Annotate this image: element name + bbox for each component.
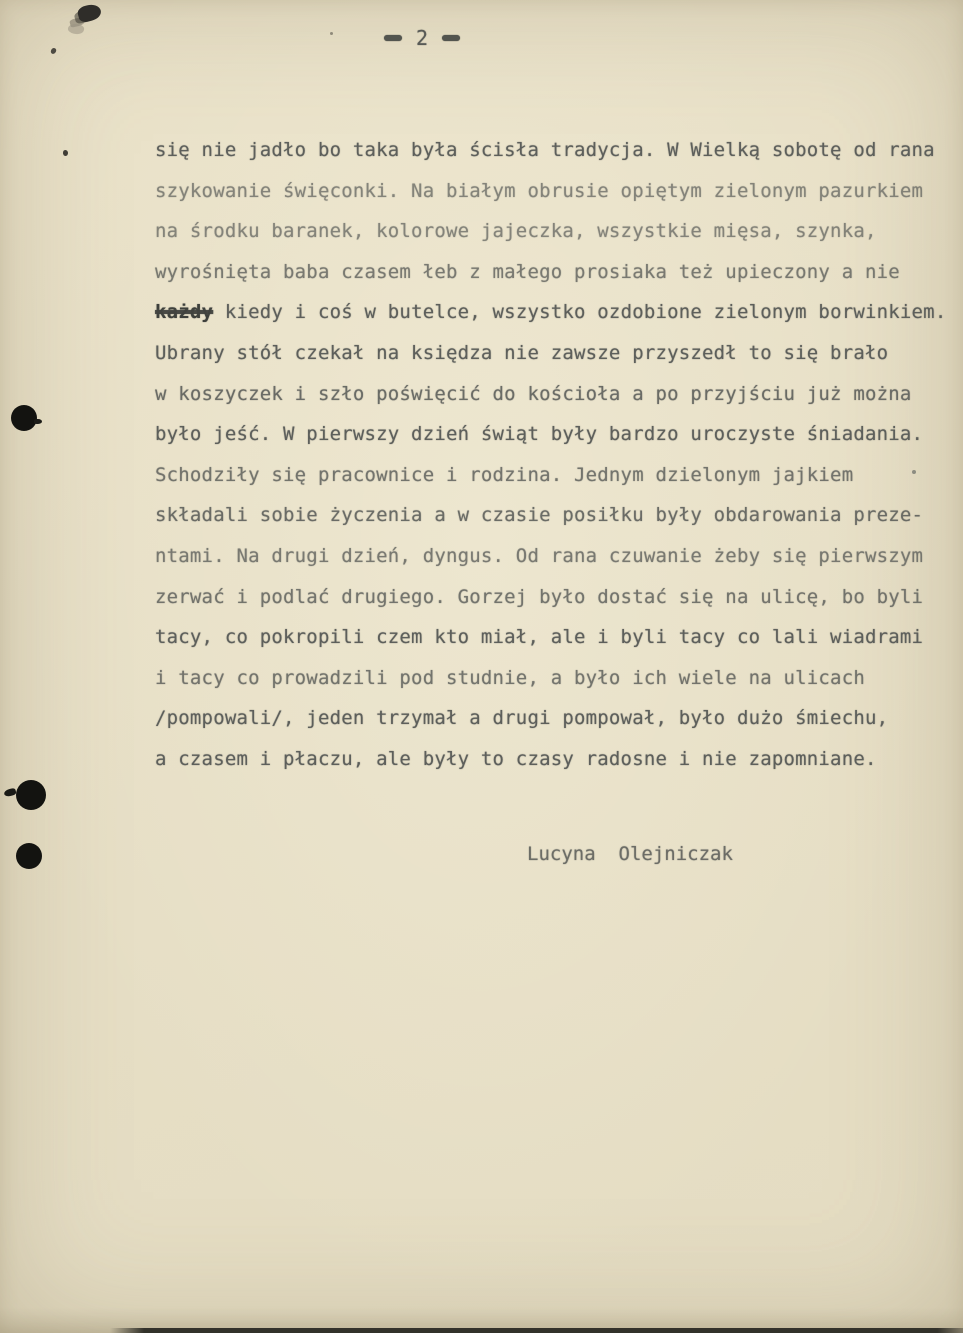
hole-punch-smudge [34, 419, 42, 424]
typed-line: Ubrany stół czekał na księdza nie zawsze… [155, 333, 950, 374]
typed-line: a czasem i płaczu, ale były to czasy rad… [155, 739, 950, 780]
signature: Lucyna Olejniczak [527, 843, 733, 865]
struck-word: każdy [155, 301, 213, 323]
typed-line-text: ntami. Na drugi dzień, dyngus. Od rana c… [155, 545, 923, 567]
typed-line: było jeść. W pierwszy dzień świąt były b… [155, 414, 950, 455]
typed-line-text: na środku baranek, kolorowe jajeczka, ws… [155, 220, 877, 242]
hole-punch [16, 780, 46, 810]
hole-punch [11, 405, 37, 431]
scan-bottom-edge [110, 1328, 963, 1333]
typed-line-text: było jeść. W pierwszy dzień świąt były b… [155, 423, 923, 445]
typed-lines: się nie jadło bo taka była ścisła tradyc… [155, 130, 950, 780]
ink-speck [63, 150, 68, 156]
hole-punch-smudge [3, 788, 16, 798]
typed-line: Schodziły się pracownice i rodzina. Jedn… [155, 455, 950, 496]
typed-line-text: zerwać i podlać drugiego. Gorzej było do… [155, 586, 923, 608]
typed-line-text: Ubrany stół czekał na księdza nie zawsze… [155, 342, 888, 364]
typed-line: się nie jadło bo taka była ścisła tradyc… [155, 130, 950, 171]
typed-line: wyrośnięta baba czasem łeb z małego pros… [155, 252, 950, 293]
typed-line-text: /pompowali/, jeden trzymał a drugi pompo… [155, 707, 888, 729]
typed-line-text: i tacy co prowadzili pod studnie, a było… [155, 667, 865, 689]
typed-line: składali sobie życzenia a w czasie posił… [155, 495, 950, 536]
typed-line: i tacy co prowadzili pod studnie, a było… [155, 658, 950, 699]
typed-line: /pompowali/, jeden trzymał a drugi pompo… [155, 698, 950, 739]
typed-line-text: się nie jadło bo taka była ścisła tradyc… [155, 139, 935, 161]
typed-line: tacy, co pokropili czem kto miał, ale i … [155, 617, 950, 658]
page-number-right-dash [442, 35, 460, 41]
typed-line-text: a czasem i płaczu, ale były to czasy rad… [155, 748, 877, 770]
typed-line-text: tacy, co pokropili czem kto miał, ale i … [155, 626, 923, 648]
ink-speck [50, 47, 57, 54]
page-number-left-dash [384, 35, 402, 41]
typed-line: zerwać i podlać drugiego. Gorzej było do… [155, 577, 950, 618]
hole-punch [16, 843, 42, 869]
ink-speck [912, 470, 916, 474]
typed-line-text: szykowanie święconki. Na białym obrusie … [155, 180, 923, 202]
typed-line: na środku baranek, kolorowe jajeczka, ws… [155, 211, 950, 252]
ink-speck [330, 32, 333, 35]
typed-line-text: wyrośnięta baba czasem łeb z małego pros… [155, 261, 900, 283]
typed-line-text: składali sobie życzenia a w czasie posił… [155, 504, 923, 526]
ink-smudge [67, 23, 84, 36]
typed-line-text: kiedy i coś w butelce, wszystko ozdobion… [213, 301, 946, 323]
page-number-header: 2 [384, 26, 460, 50]
typed-line-text: Schodziły się pracownice i rodzina. Jedn… [155, 464, 853, 486]
page-number: 2 [416, 26, 428, 50]
typed-line: każdy kiedy i coś w butelce, wszystko oz… [155, 292, 950, 333]
typed-line: w koszyczek i szło poświęcić do kościoła… [155, 374, 950, 415]
typed-line: ntami. Na drugi dzień, dyngus. Od rana c… [155, 536, 950, 577]
typed-text-block: się nie jadło bo taka była ścisła tradyc… [155, 130, 950, 780]
typed-line-text: w koszyczek i szło poświęcić do kościoła… [155, 383, 912, 405]
ink-blot [76, 2, 102, 23]
typed-line: szykowanie święconki. Na białym obrusie … [155, 171, 950, 212]
scanned-document-page: 2 się nie jadło bo taka była ścisła trad… [0, 0, 963, 1333]
